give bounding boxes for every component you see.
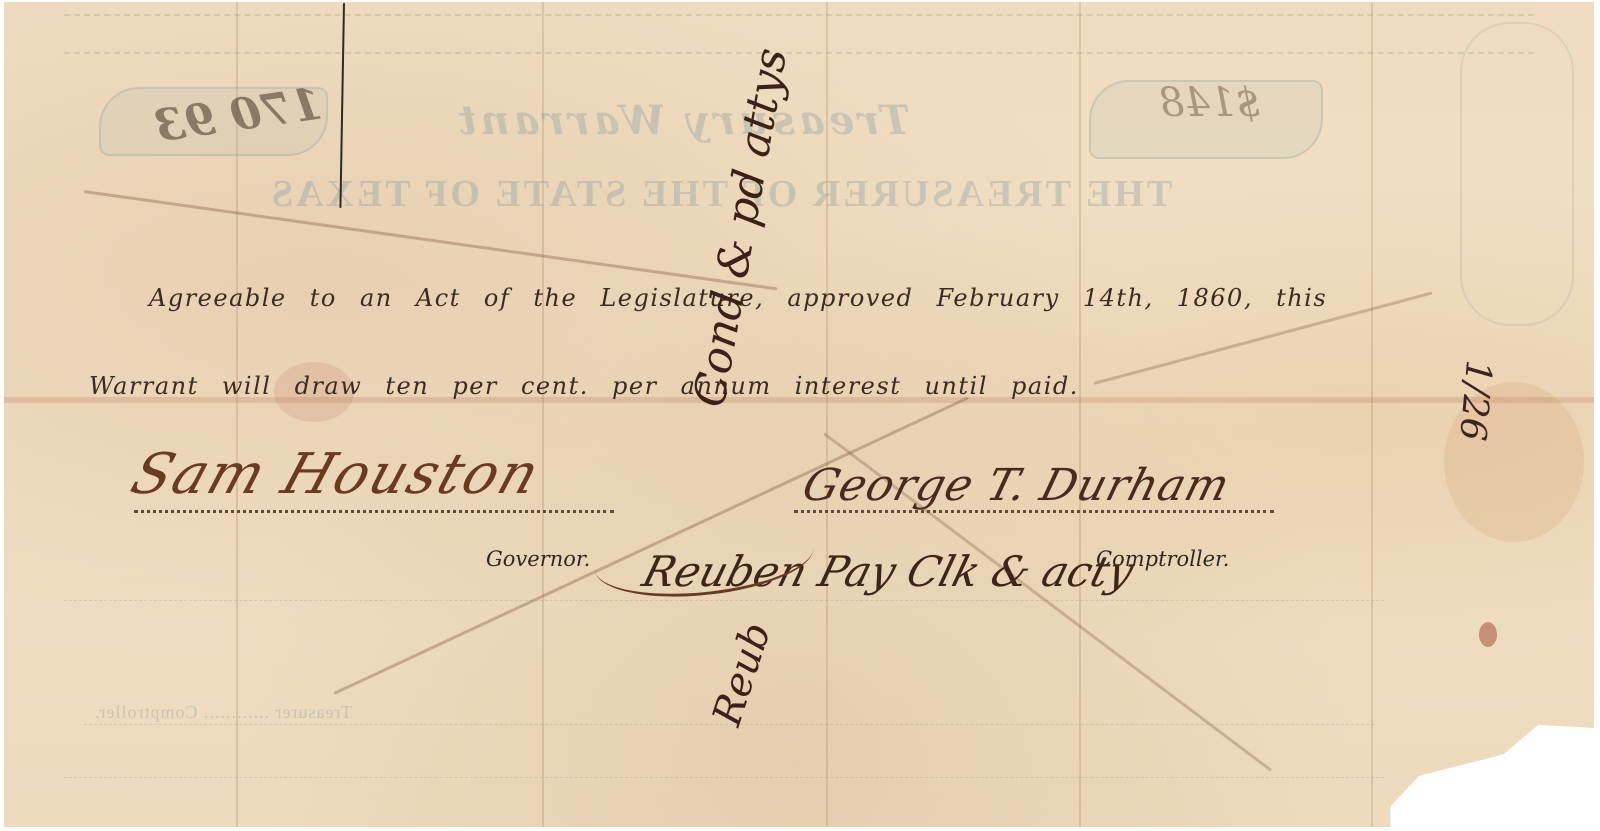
governor-signature-line xyxy=(134,510,614,513)
ghost-footer: Treasurer ............ Comptroller. xyxy=(94,702,352,723)
warrant-document: Treasury Warrant THE TREASURER OF THE ST… xyxy=(4,2,1594,827)
margin-note: 1/26 xyxy=(1451,358,1499,442)
body-text-line-2: Warrant will draw ten per cent. per annu… xyxy=(89,372,1079,400)
fold-crease xyxy=(1079,2,1081,827)
stain xyxy=(1479,622,1497,647)
comptroller-signature: George T. Durham xyxy=(797,460,1235,511)
fold-crease xyxy=(1371,2,1373,827)
ghost-title: Treasury Warrant xyxy=(454,97,910,144)
ornamental-border xyxy=(64,14,1534,54)
ornamental-side-scroll xyxy=(1460,22,1574,326)
ghost-rule xyxy=(64,777,1384,778)
lower-vertical-endorsement: Reub xyxy=(704,617,780,731)
amount-right: $148 xyxy=(1159,80,1261,126)
governor-signature: Sam Houston xyxy=(123,442,548,507)
ghost-rule xyxy=(64,600,1384,601)
governor-title: Governor. xyxy=(486,547,590,571)
